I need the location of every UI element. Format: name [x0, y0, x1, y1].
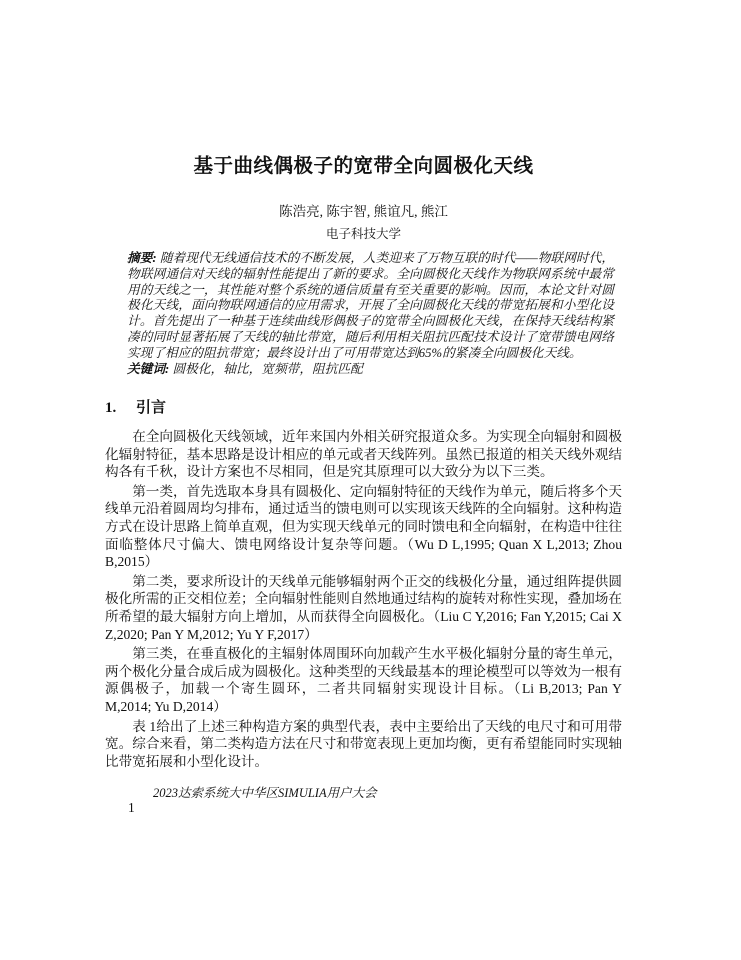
- section-1-heading: 1.引言: [105, 396, 622, 417]
- keywords-line: 关键词: 圆极化，轴比，宽频带，阻抗匹配: [127, 362, 614, 378]
- section-1-number: 1.: [105, 400, 136, 417]
- keywords-text: 圆极化，轴比，宽频带，阻抗匹配: [172, 362, 362, 376]
- section-1-title: 引言: [136, 400, 166, 416]
- abstract-text: 随着现代无线通信技术的不断发展，人类迎来了万物互联的时代——物联网时代，物联网通…: [127, 251, 614, 360]
- paragraph: 表 1给出了上述三种构造方案的典型代表，表中主要给出了天线的电尺寸和可用带宽。综…: [105, 718, 622, 771]
- abstract-label: 摘要:: [127, 251, 157, 265]
- paragraph: 第二类，要求所设计的天线单元能够辐射两个正交的线极化分量，通过组阵提供圆极化所需…: [105, 573, 622, 643]
- paper-title: 基于曲线偶极子的宽带全向圆极化天线: [105, 150, 622, 178]
- paragraph: 第三类，在垂直极化的主辐射体周围环向加载产生水平极化辐射分量的寄生单元，两个极化…: [105, 645, 622, 715]
- footer-conference-name: 2023达索系统大中华区SIMULIA用户大会: [153, 783, 377, 801]
- section-1-body: 在全向圆极化天线领域，近年来国内外相关研究报道众多。为实现全向辐射和圆极化辐射特…: [105, 428, 622, 772]
- abstract-block: 摘要: 随着现代无线通信技术的不断发展，人类迎来了万物互联的时代——物联网时代，…: [127, 251, 614, 377]
- affiliation: 电子科技大学: [105, 224, 622, 242]
- page-number: 1: [128, 800, 135, 816]
- abstract-paragraph: 摘要: 随着现代无线通信技术的不断发展，人类迎来了万物互联的时代——物联网时代，…: [127, 251, 614, 362]
- authors-line: 陈浩亮, 陈宇智, 熊谊凡, 熊江: [105, 200, 622, 220]
- keywords-label: 关键词:: [127, 362, 169, 376]
- paragraph: 在全向圆极化天线领域，近年来国内外相关研究报道众多。为实现全向辐射和圆极化辐射特…: [105, 428, 622, 481]
- paragraph: 第一类，首先选取本身具有圆极化、定向辐射特征的天线作为单元，随后将多个天线单元沿…: [105, 483, 622, 571]
- document-page: 基于曲线偶极子的宽带全向圆极化天线 陈浩亮, 陈宇智, 熊谊凡, 熊江 电子科技…: [0, 0, 741, 960]
